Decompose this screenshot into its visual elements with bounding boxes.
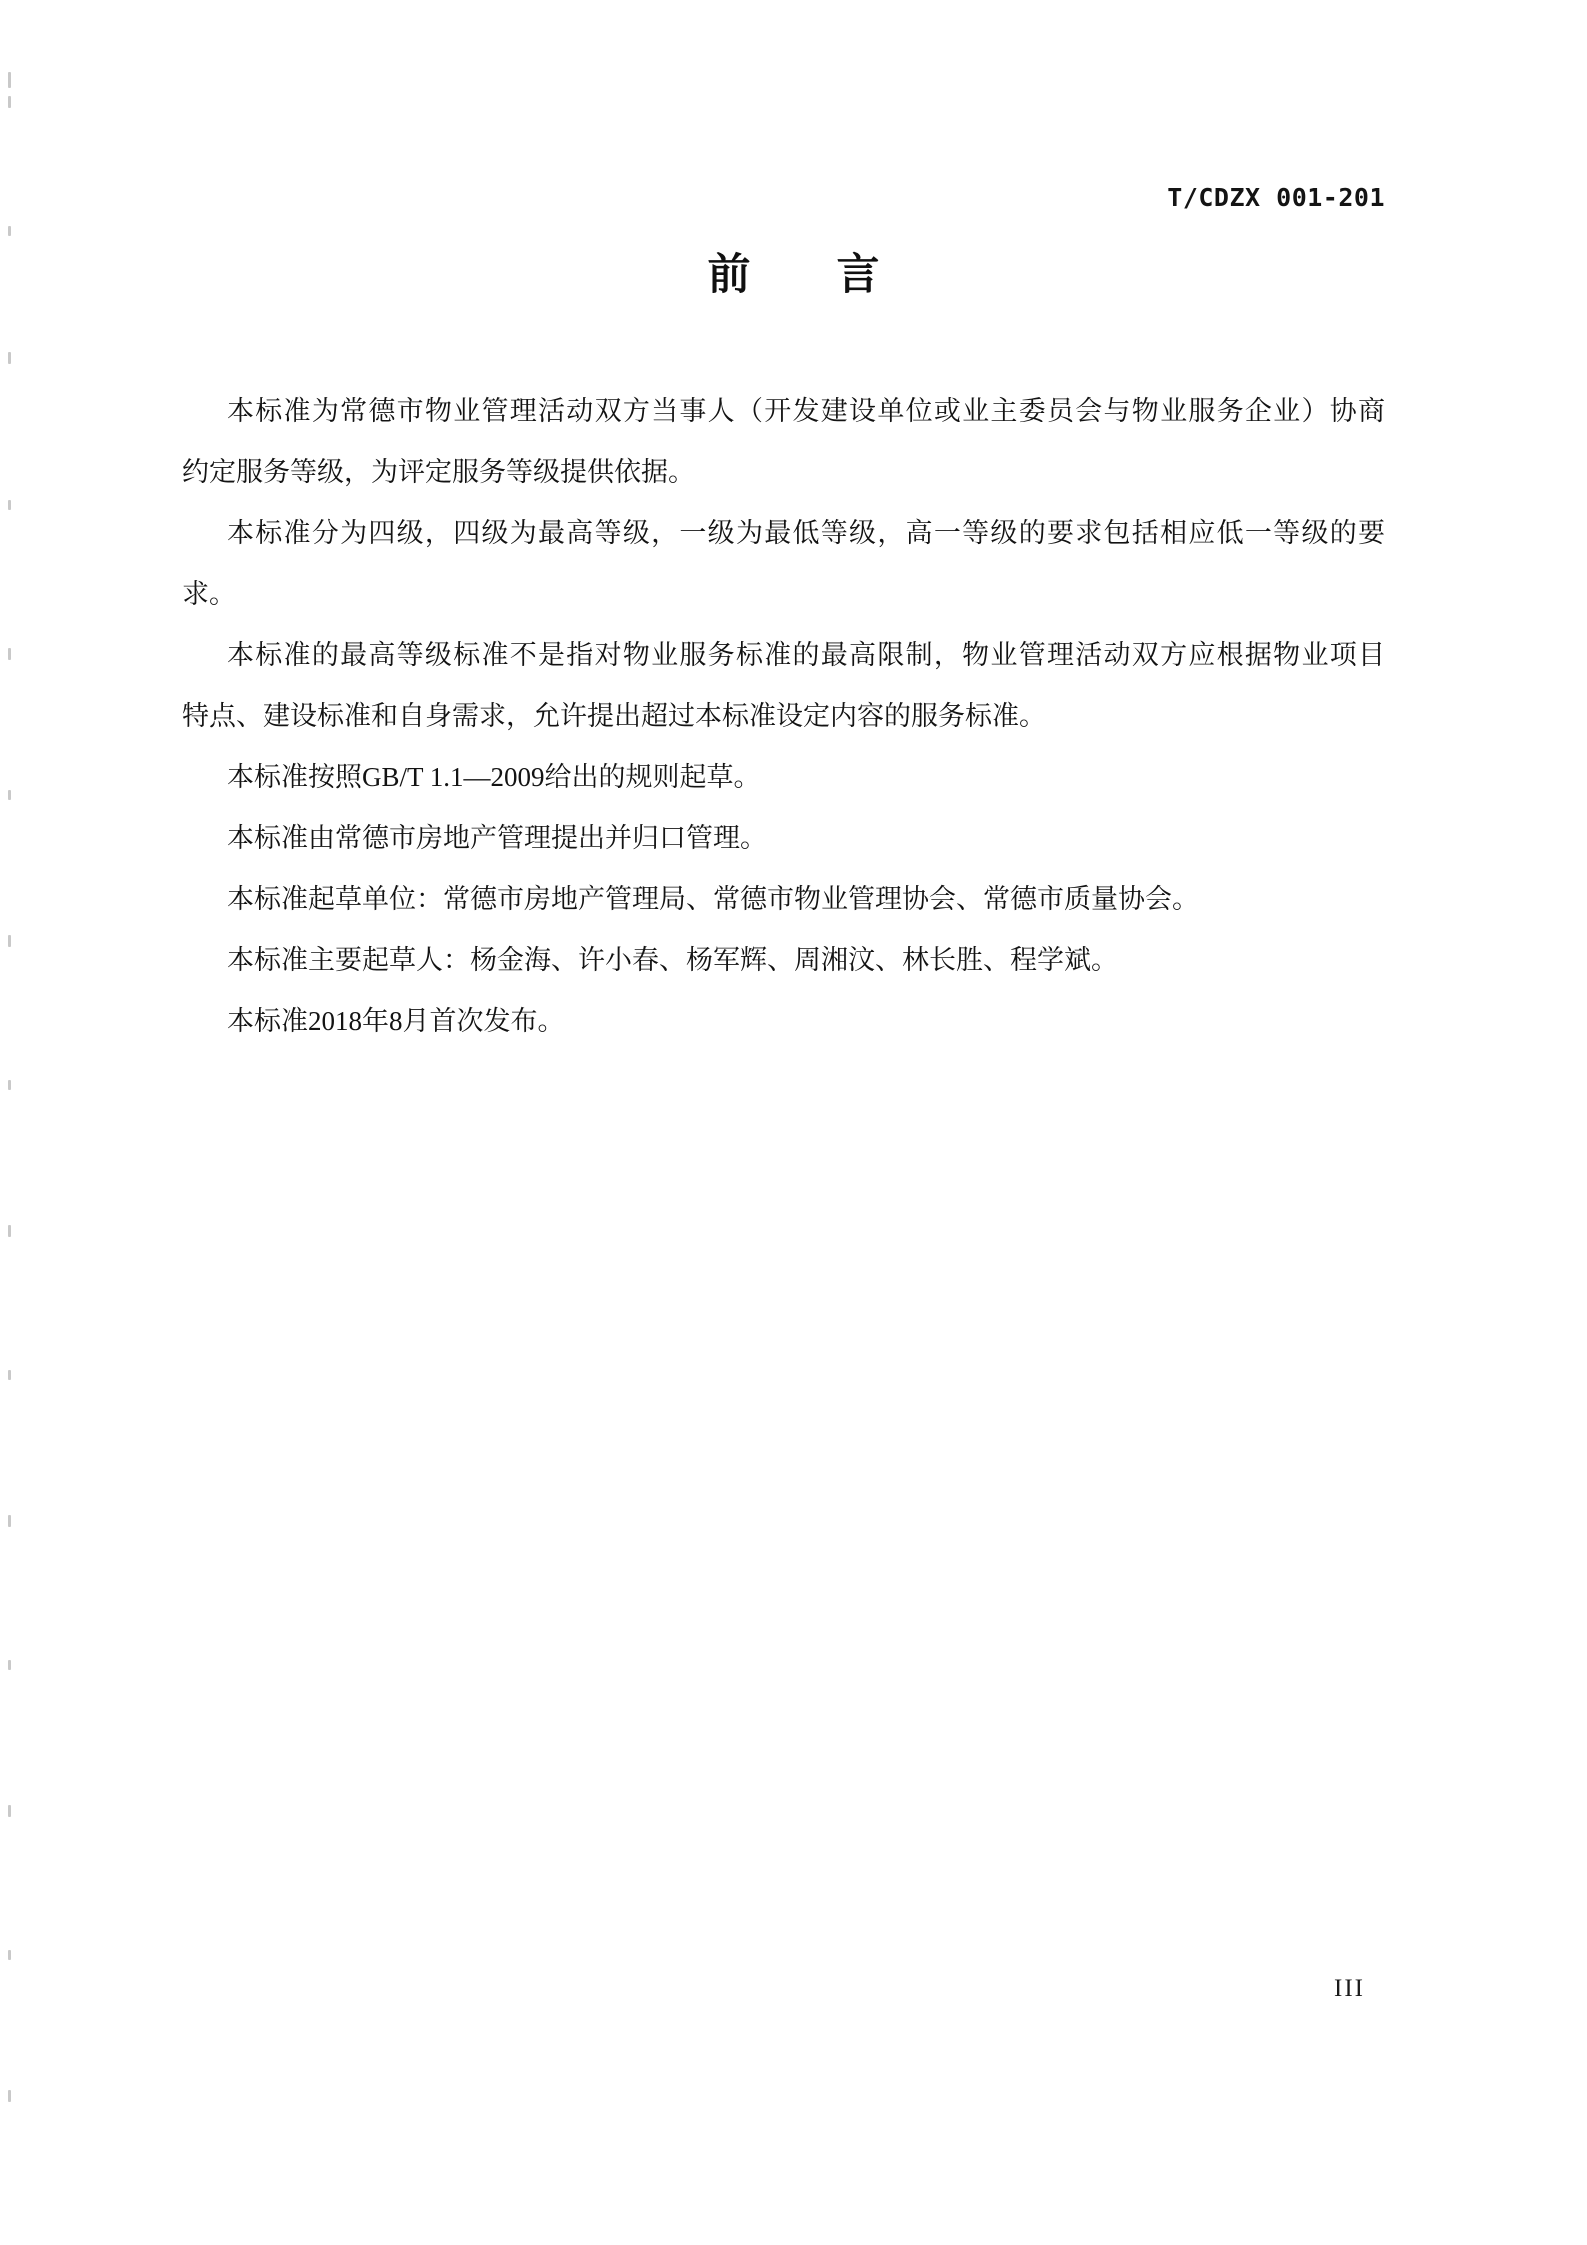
scan-artifact (8, 352, 11, 364)
scan-artifact (8, 500, 11, 510)
scan-artifact (8, 790, 11, 800)
paragraph-line: 本标准的最高等级标准不是指对物业服务标准的最高限制，物业管理活动双方应根据物业项… (182, 625, 1385, 686)
paragraph-line: 本标准2018年8月首次发布。 (182, 991, 1385, 1052)
paragraph-line: 本标准分为四级，四级为最高等级，一级为最低等级，高一等级的要求包括相应低一等级的… (182, 503, 1385, 564)
foreword-body: 本标准为常德市物业管理活动双方当事人（开发建设单位或业主委员会与物业服务企业）协… (182, 381, 1385, 1052)
document-page: T/CDZX 001-201 前 言 本标准为常德市物业管理活动双方当事人（开发… (0, 0, 1587, 2245)
scan-artifact (8, 1515, 11, 1527)
scan-artifact (8, 648, 11, 660)
paragraph-line: 本标准为常德市物业管理活动双方当事人（开发建设单位或业主委员会与物业服务企业）协… (182, 381, 1385, 442)
scan-artifact (8, 1225, 11, 1237)
scan-artifact (8, 1950, 11, 1960)
paragraph-line: 约定服务等级，为评定服务等级提供依据。 (182, 442, 1385, 503)
page-title: 前 言 (0, 249, 1587, 301)
scan-artifact (8, 1805, 11, 1817)
paragraph-line: 特点、建设标准和自身需求，允许提出超过本标准设定内容的服务标准。 (182, 686, 1385, 747)
paragraph-line: 本标准起草单位：常德市房地产管理局、常德市物业管理协会、常德市质量协会。 (182, 869, 1385, 930)
scan-artifact (8, 2090, 11, 2102)
scan-artifact (8, 935, 11, 947)
scan-artifact (8, 1080, 11, 1090)
paragraph-line: 本标准由常德市房地产管理提出并归口管理。 (182, 808, 1385, 869)
page-number: III (1334, 1975, 1365, 2003)
paragraph-line: 本标准主要起草人：杨金海、许小春、杨军辉、周湘汶、林长胜、程学斌。 (182, 930, 1385, 991)
scan-artifact (8, 1370, 11, 1380)
scan-artifact (8, 226, 11, 236)
paragraph-line: 求。 (182, 564, 1385, 625)
standard-code: T/CDZX 001-201 (1167, 183, 1385, 212)
scan-artifact (8, 1660, 11, 1670)
paragraph-line: 本标准按照GB/T 1.1—2009给出的规则起草。 (182, 747, 1385, 808)
scan-artifact (8, 96, 11, 108)
scan-artifact (8, 72, 11, 88)
